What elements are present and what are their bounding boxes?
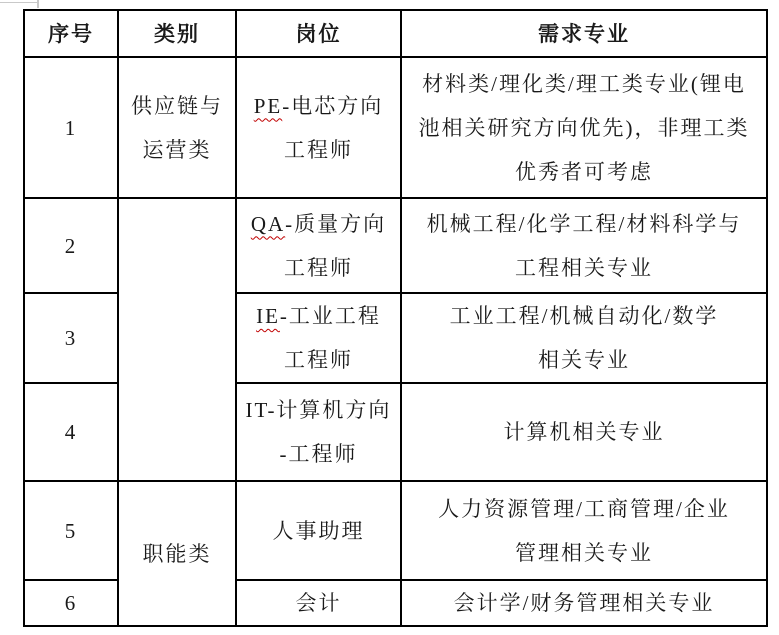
position-text: -工业工程 工程师 xyxy=(280,304,381,372)
cell-position: QA-质量方向 工程师 xyxy=(236,198,401,293)
job-requirements-table: 序号 类别 岗位 需求专业 1 供应链与 运营类 PE-电芯方向 工程师 材料类… xyxy=(23,9,768,627)
position-text: -质量方向 工程师 xyxy=(284,212,386,280)
gridline-artifact-horizontal xyxy=(0,2,37,3)
cell-position: 人事助理 xyxy=(236,481,401,580)
cell-required-major: 机械工程/化学工程/材料科学与 工程相关专业 xyxy=(401,198,767,293)
gridline-artifact-vertical xyxy=(37,0,39,8)
position-text: IT-计算机方向 -工程师 xyxy=(246,398,392,466)
cell-number: 4 xyxy=(24,383,118,481)
column-header-position: 岗位 xyxy=(236,10,401,57)
position-text: 会计 xyxy=(296,591,342,615)
position-text: -电芯方向 工程师 xyxy=(282,94,383,162)
column-header-required-major: 需求专业 xyxy=(401,10,767,57)
cell-category-merged: 职能类 xyxy=(118,481,236,626)
position-text: 人事助理 xyxy=(273,519,365,543)
cell-position: 会计 xyxy=(236,580,401,626)
cell-number: 5 xyxy=(24,481,118,580)
cell-required-major: 材料类/理化类/理工类专业(锂电 池相关研究方向优先)，非理工类 优秀者可考虑 xyxy=(401,57,767,198)
cell-category-merged-empty xyxy=(118,198,236,481)
misspelled-word: PE xyxy=(254,94,283,118)
misspelled-word: IE xyxy=(256,304,280,328)
cell-position: PE-电芯方向 工程师 xyxy=(236,57,401,198)
table-row: 2 QA-质量方向 工程师 机械工程/化学工程/材料科学与 工程相关专业 xyxy=(24,198,767,293)
cell-number: 2 xyxy=(24,198,118,293)
column-header-category: 类别 xyxy=(118,10,236,57)
table-row: 5 职能类 人事助理 人力资源管理/工商管理/企业 管理相关专业 xyxy=(24,481,767,580)
cell-category: 供应链与 运营类 xyxy=(118,57,236,198)
misspelled-word: QA xyxy=(251,212,285,236)
cell-number: 1 xyxy=(24,57,118,198)
cell-required-major: 人力资源管理/工商管理/企业 管理相关专业 xyxy=(401,481,767,580)
cell-required-major: 会计学/财务管理相关专业 xyxy=(401,580,767,626)
cell-position: IE-工业工程 工程师 xyxy=(236,293,401,383)
column-header-number: 序号 xyxy=(24,10,118,57)
cell-position: IT-计算机方向 -工程师 xyxy=(236,383,401,481)
cell-number: 3 xyxy=(24,293,118,383)
table-row: 1 供应链与 运营类 PE-电芯方向 工程师 材料类/理化类/理工类专业(锂电 … xyxy=(24,57,767,198)
table-header-row: 序号 类别 岗位 需求专业 xyxy=(24,10,767,57)
cell-required-major: 计算机相关专业 xyxy=(401,383,767,481)
cell-required-major: 工业工程/机械自动化/数学 相关专业 xyxy=(401,293,767,383)
cell-number: 6 xyxy=(24,580,118,626)
